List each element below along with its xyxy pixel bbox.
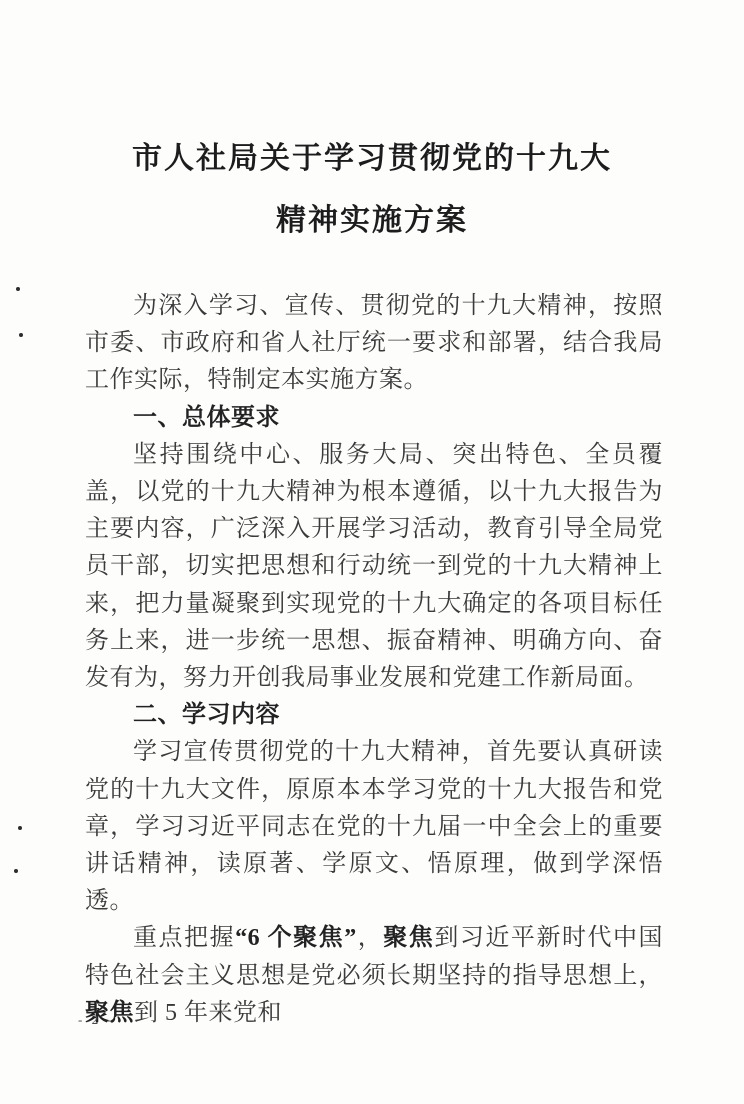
document-body: 为深入学习、宣传、贯彻党的十九大精神，按照市委、市政府和省人社厅统一要求和部署，… [85,288,663,1032]
intro-paragraph: 为深入学习、宣传、贯彻党的十九大精神，按照市委、市政府和省人社厅统一要求和部署，… [85,288,663,400]
page-number: - 2 - [78,1012,115,1028]
scanned-document-page: 市人社局关于学习贯彻党的十九大 精神实施方案 为深入学习、宣传、贯彻党的十九大精… [0,0,744,1104]
document-title-line-2: 精神实施方案 [0,190,744,252]
document-title: 市人社局关于学习贯彻党的十九大 精神实施方案 [0,0,744,252]
section-2-heading: 二、学习内容 [85,697,663,734]
scan-speck [16,287,20,291]
scan-speck [19,333,23,337]
scan-speck [14,869,18,873]
focus-paragraph: 重点把握“6 个聚焦”，聚焦到习近平新时代中国特色社会主义思想是党必须长期坚持的… [85,920,663,1032]
section-1-body-paragraph: 坚持围绕中心、服务大局、突出特色、全员覆盖，以党的十九大精神为根本遵循，以十九大… [85,437,663,697]
scan-speck [18,826,22,830]
section-1-heading: 一、总体要求 [85,400,663,437]
document-title-line-1: 市人社局关于学习贯彻党的十九大 [0,128,744,190]
bold-emphasis-run: 聚焦 [383,925,434,951]
text-run: ， [357,925,384,951]
section-2-body-paragraph: 学习宣传贯彻党的十九大精神，首先要认真研读党的十九大文件，原原本本学习党的十九大… [85,734,663,920]
text-run: 到 5 年来党和 [134,1000,282,1026]
text-run: 重点把握 [133,925,235,951]
bold-emphasis-run: “6 个聚焦” [235,925,357,951]
